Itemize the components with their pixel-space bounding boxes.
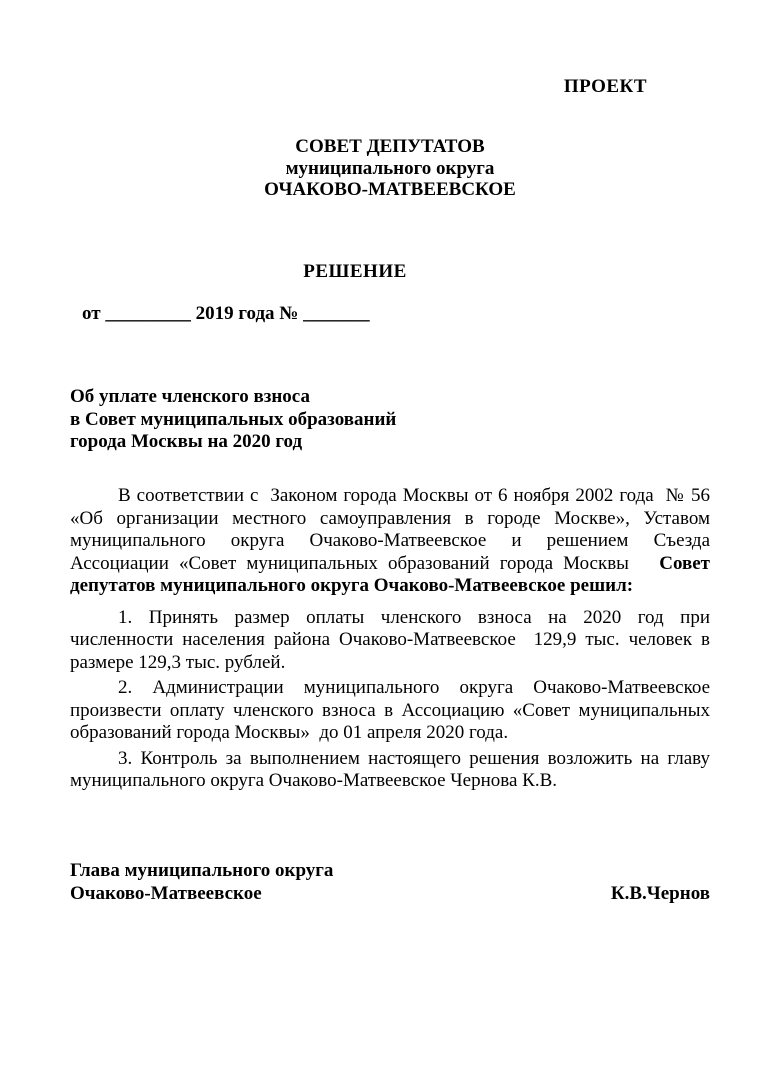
signature-row: Очаково-Матвеевское К.В.Чернов — [70, 883, 710, 906]
subject-line3: города Москвы на 2020 год — [70, 431, 710, 454]
org-header-line3: ОЧАКОВО-МАТВЕЕВСКОЕ — [70, 179, 710, 201]
document-page: ПРОЕКТ СОВЕТ ДЕПУТАТОВ муниципального ок… — [0, 0, 763, 1078]
decision-item-1: 1. Принять размер оплаты членского взнос… — [70, 607, 710, 675]
signature-block: Глава муниципального округа Очаково-Матв… — [70, 860, 710, 905]
decision-item-3: 3. Контроль за выполнением настоящего ре… — [70, 748, 710, 793]
document-subject: Об уплате членского взноса в Совет муниц… — [70, 386, 710, 454]
preamble-paragraph: В соответствии с Законом города Москвы о… — [70, 485, 710, 598]
document-body: В соответствии с Законом города Москвы о… — [70, 485, 710, 793]
signer-name: К.В.Чернов — [611, 883, 710, 906]
preamble-regular-text: В соответствии с Законом города Москвы о… — [70, 485, 720, 574]
org-header-line2: муниципального округа — [70, 158, 710, 180]
draft-stamp: ПРОЕКТ — [70, 76, 647, 98]
date-and-number-line: от _________ 2019 года № _______ — [82, 303, 370, 325]
org-header-line1: СОВЕТ ДЕПУТАТОВ — [70, 136, 710, 158]
signer-post-line1: Глава муниципального округа — [70, 860, 710, 883]
decision-item-2: 2. Администрации муниципального округа О… — [70, 677, 710, 745]
subject-line2: в Совет муниципальных образований — [70, 409, 710, 432]
subject-line1: Об уплате членского взноса — [70, 386, 710, 409]
signer-post-line2: Очаково-Матвеевское — [70, 883, 262, 906]
document-type-title: РЕШЕНИЕ — [70, 261, 640, 283]
org-header: СОВЕТ ДЕПУТАТОВ муниципального округа ОЧ… — [70, 136, 710, 201]
